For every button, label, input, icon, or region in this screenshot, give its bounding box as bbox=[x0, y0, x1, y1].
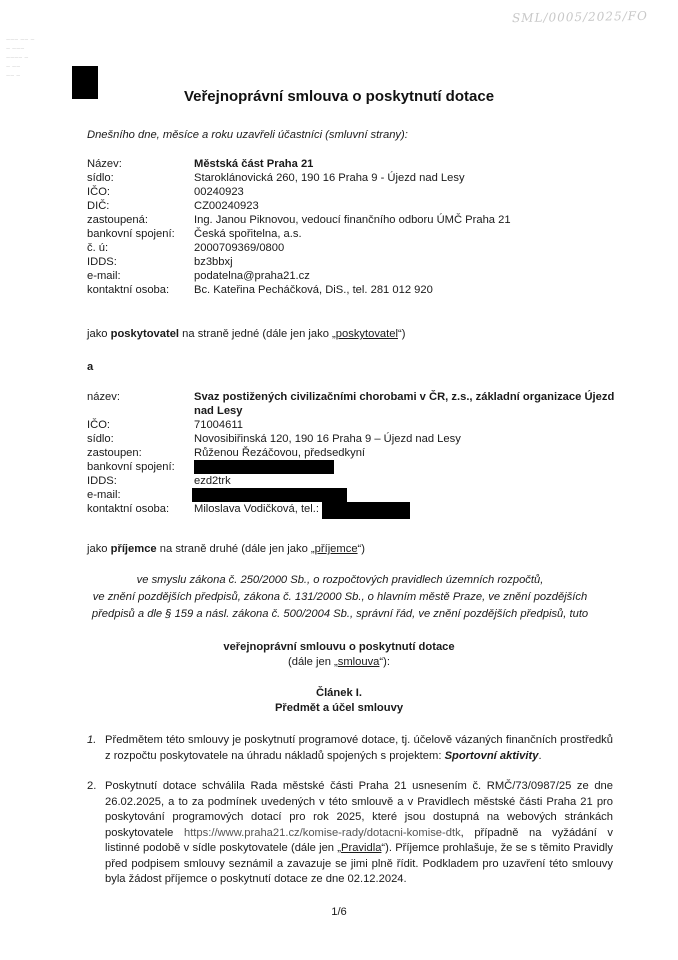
provider-row: zastoupená:Ing. Janou Piknovou, vedoucí … bbox=[87, 213, 627, 227]
article-title: Předmět a účel smlouvy bbox=[0, 701, 678, 715]
contract-alias: (dále jen „smlouva“): bbox=[0, 655, 678, 669]
provider-row: č. ú:2000709369/0800 bbox=[87, 241, 627, 255]
legal-basis: ve smyslu zákona č. 250/2000 Sb., o rozp… bbox=[60, 572, 620, 623]
list-item: 2. Poskytnutí dotace schválila Rada měst… bbox=[87, 779, 613, 888]
page-number: 1/6 bbox=[0, 905, 678, 919]
provider-row: DIČ:CZ00240923 bbox=[87, 199, 627, 213]
recipient-bank-row: bankovní spojení: bbox=[87, 460, 627, 474]
redaction-block bbox=[194, 460, 334, 474]
provider-role-text: jako poskytovatel na straně jedné (dále … bbox=[87, 327, 405, 341]
conjunction-and: a bbox=[87, 360, 93, 374]
project-name: Sportovní aktivity bbox=[445, 750, 539, 762]
recipient-ico-row: IČO: 71004611 bbox=[87, 418, 627, 432]
provider-row: kontaktní osoba:Bc. Kateřina Pecháčková,… bbox=[87, 283, 627, 297]
recipient-name: Svaz postižených civilizačními chorobami… bbox=[194, 390, 627, 404]
provider-row: IDDS:bz3bbxj bbox=[87, 255, 627, 269]
provider-details: Název:Městská část Praha 21sídlo:Starokl… bbox=[87, 157, 627, 297]
document-title: Veřejnoprávní smlouva o poskytnutí dotac… bbox=[0, 90, 678, 104]
provider-row: sídlo:Staroklánovická 260, 190 16 Praha … bbox=[87, 171, 627, 185]
recipient-email-row: e-mail: bbox=[87, 488, 627, 502]
recipient-rep-row: zastoupen: Růženou Řezáčovou, předsedkyn… bbox=[87, 446, 627, 460]
recipient-details: název: Svaz postižených civilizačními ch… bbox=[87, 390, 627, 516]
recipient-role-text: jako příjemce na straně druhé (dále jen … bbox=[87, 542, 365, 556]
redaction-block bbox=[192, 488, 347, 502]
intro-text: Dnešního dne, měsíce a roku uzavřeli úča… bbox=[87, 128, 408, 142]
recipient-contact-row: kontaktní osoba: Miloslava Vodičková, te… bbox=[87, 502, 627, 516]
recipient-name-row: název: Svaz postižených civilizačními ch… bbox=[87, 390, 627, 404]
rules-link[interactable]: https://www.praha21.cz/komise-rady/dotac… bbox=[184, 827, 461, 839]
recipient-seat-row: sídlo: Novosibiřinská 120, 190 16 Praha … bbox=[87, 432, 627, 446]
recipient-idds-row: IDDS: ezd2trk bbox=[87, 474, 627, 488]
provider-row: e-mail:podatelna@praha21.cz bbox=[87, 269, 627, 283]
provider-row: Název:Městská část Praha 21 bbox=[87, 157, 627, 171]
list-item: 1. Předmětem této smlouvy je poskytnutí … bbox=[87, 733, 613, 764]
article-items: 1. Předmětem této smlouvy je poskytnutí … bbox=[87, 733, 613, 888]
article-number: Článek I. bbox=[0, 686, 678, 700]
registration-stamp: SML/0005/2025/FO bbox=[512, 9, 648, 25]
provider-row: IČO:00240923 bbox=[87, 185, 627, 199]
redaction-block bbox=[322, 502, 410, 519]
handwritten-note: ~~~ ~~ ~~ ~~~~~~~ ~~ ~~~~ ~ bbox=[6, 36, 76, 81]
contract-heading: veřejnoprávní smlouvu o poskytnutí dotac… bbox=[0, 640, 678, 654]
provider-row: bankovní spojení:Česká spořitelna, a.s. bbox=[87, 227, 627, 241]
